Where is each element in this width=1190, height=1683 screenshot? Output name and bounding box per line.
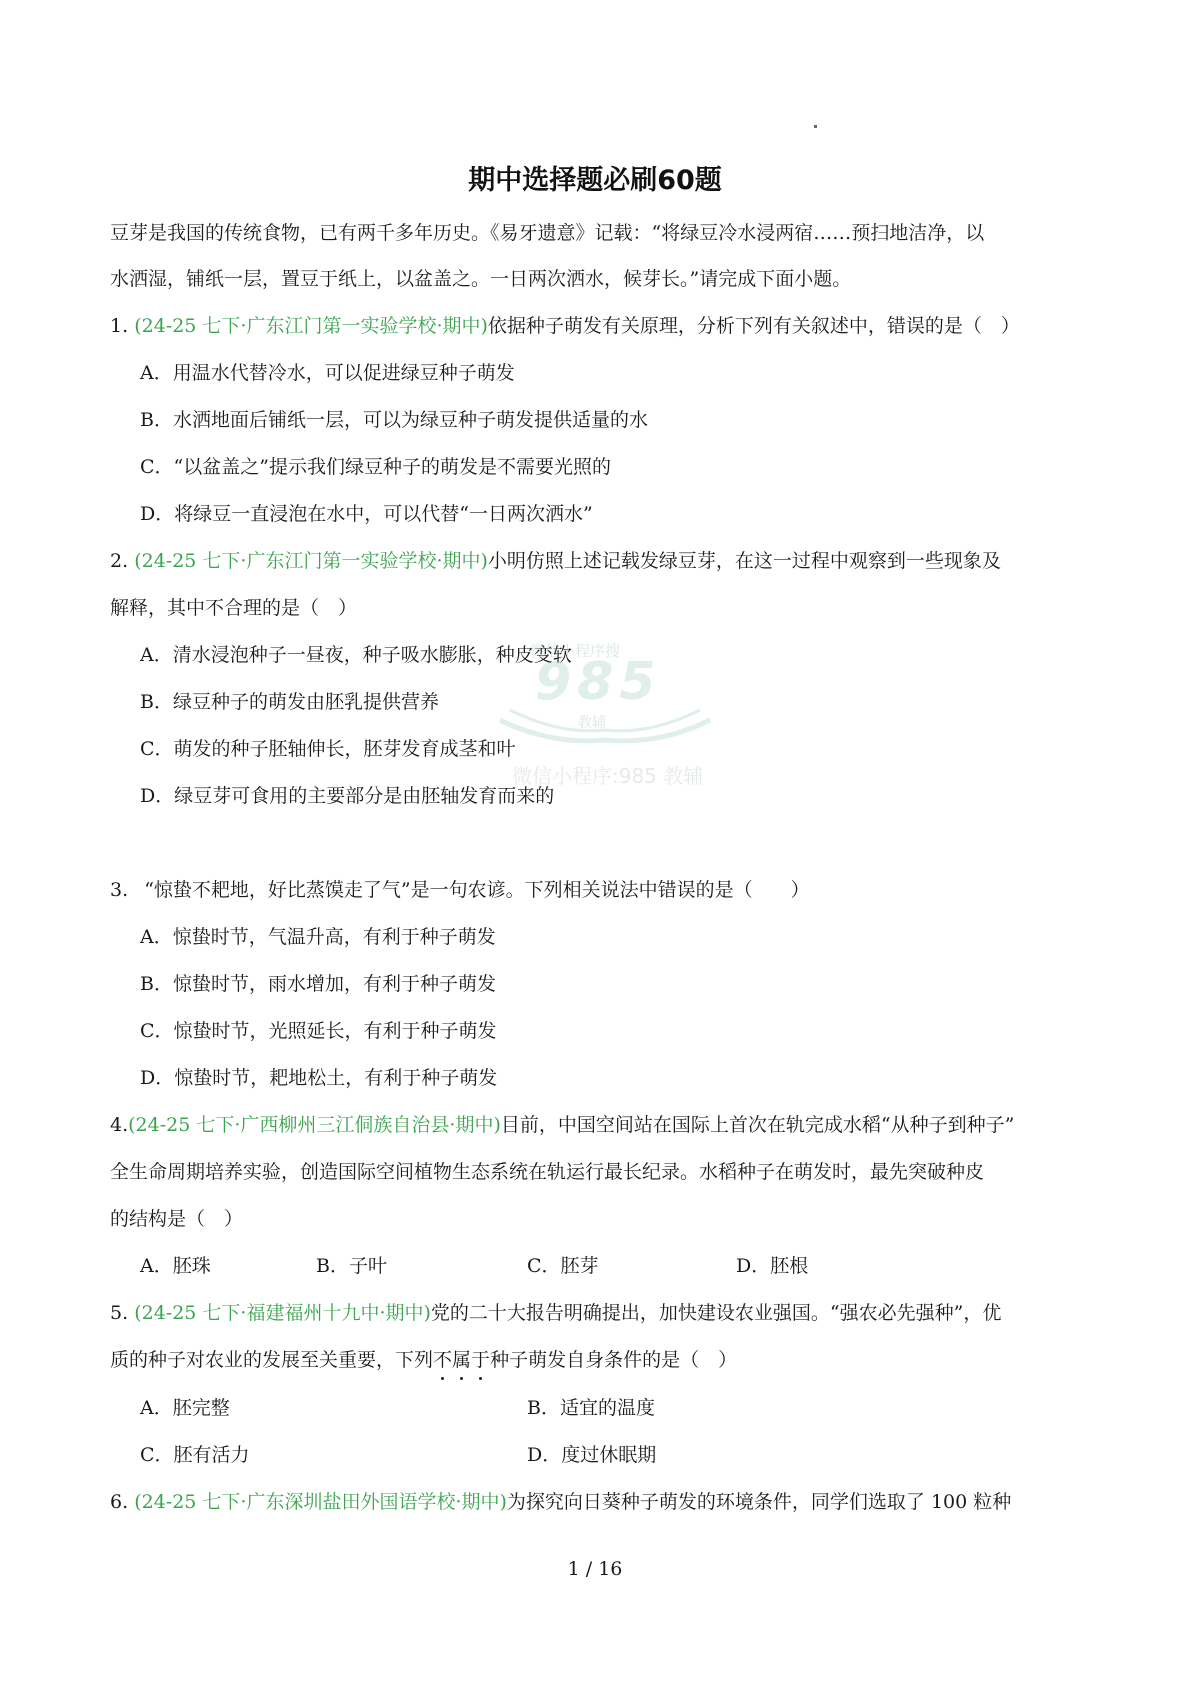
question-source: (24-25 七下·广东江门第一实验学校·期中) — [134, 550, 488, 572]
question-4: 4.(24-25 七下·广西柳州三江侗族自治县·期中)目前，中国空间站在国际上首… — [110, 1113, 1090, 1137]
q2-option-a: A．清水浸泡种子一昼夜，种子吸水膨胀，种皮变软 — [140, 643, 572, 667]
page-number: 1 / 16 — [0, 1558, 1190, 1580]
stem-text: 种子萌发自身条件的是（ ） — [490, 1349, 737, 1371]
q1-option-c: C．“以盆盖之”提示我们绿豆种子的萌发是不需要光照的 — [140, 455, 611, 479]
question-stem: 依据种子萌发有关原理，分析下列有关叙述中，错误的是（ ） — [488, 315, 1020, 337]
question-1: 1. (24-25 七下·广东江门第一实验学校·期中)依据种子萌发有关原理，分析… — [110, 314, 1090, 338]
q4-option-a: A．胚珠 — [140, 1254, 211, 1278]
page-title: 期中选择题必刷60题 — [0, 158, 1190, 197]
question-number: 6. — [110, 1491, 128, 1513]
stem-text: 质的种子对农业的发展至关重要，下列 — [110, 1349, 433, 1371]
q3-option-d: D．惊蛰时节，耙地松土，有利于种子萌发 — [140, 1066, 497, 1090]
intro-line-2: 水洒湿，铺纸一层，置豆于纸上，以盆盖之。一日两次洒水，候芽长。”请完成下面小题。 — [110, 267, 1090, 291]
q5-option-c: C．胚有活力 — [140, 1443, 250, 1467]
watermark-sub: 教辅 — [578, 712, 606, 732]
question-source: (24-25 七下·福建福州十九中·期中) — [134, 1302, 431, 1324]
q2-option-c: C．萌发的种子胚轴伸长，胚芽发育成茎和叶 — [140, 737, 516, 761]
question-stem: 为探究向日葵种子萌发的环境条件，同学们选取了 100 粒种 — [507, 1491, 1011, 1513]
emphasis-char: 于 — [471, 1348, 490, 1372]
question-number: 3. — [110, 879, 128, 901]
question-source: (24-25 七下·广东深圳盐田外国语学校·期中) — [134, 1491, 507, 1513]
q4-option-c: C．胚芽 — [527, 1254, 599, 1278]
question-4-stem-line-3: 的结构是（ ） — [110, 1207, 1090, 1231]
question-stem: “惊蛰不耙地，好比蒸馍走了气”是一句农谚。下列相关说法中错误的是（ ） — [144, 879, 809, 901]
question-4-stem-line-2: 全生命周期培养实验，创造国际空间植物生态系统在轨运行最长纪录。水稻种子在萌发时，… — [110, 1160, 1090, 1184]
question-stem: 小明仿照上述记载发绿豆芽，在这一过程中观察到一些现象及 — [488, 550, 1001, 572]
intro-line-1: 豆芽是我国的传统食物，已有两千多年历史。《易牙遗意》记载：“将绿豆冷水浸两宿……… — [110, 221, 1090, 245]
question-5-stem-line-2: 质的种子对农业的发展至关重要，下列不属于种子萌发自身条件的是（ ） — [110, 1348, 1090, 1372]
q2-option-d: D．绿豆芽可食用的主要部分是由胚轴发育而来的 — [140, 784, 554, 808]
q3-option-c: C．惊蛰时节，光照延长，有利于种子萌发 — [140, 1019, 497, 1043]
q5-option-b: B．适宜的温度 — [527, 1396, 655, 1420]
question-stem: 党的二十大报告明确提出，加快建设农业强国。“强农必先强种”，优 — [431, 1302, 1001, 1324]
q4-option-d: D．胚根 — [736, 1254, 808, 1278]
question-3: 3. “惊蛰不耙地，好比蒸馍走了气”是一句农谚。下列相关说法中错误的是（ ） — [110, 878, 1090, 902]
book-icon — [490, 700, 720, 750]
question-number: 4. — [110, 1114, 128, 1136]
document-page: 期中选择题必刷60题 豆芽是我国的传统食物，已有两千多年历史。《易牙遗意》记载：… — [0, 0, 1190, 1683]
stray-dot — [814, 125, 817, 128]
question-source: (24-25 七下·广东江门第一实验学校·期中) — [134, 315, 488, 337]
question-5: 5. (24-25 七下·福建福州十九中·期中)党的二十大报告明确提出，加快建设… — [110, 1301, 1090, 1325]
q5-option-a: A．胚完整 — [140, 1396, 230, 1420]
q4-option-b: B．子叶 — [316, 1254, 387, 1278]
q1-option-a: A．用温水代替冷水，可以促进绿豆种子萌发 — [140, 361, 515, 385]
q1-option-b: B．水洒地面后铺纸一层，可以为绿豆种子萌发提供适量的水 — [140, 408, 648, 432]
question-number: 5. — [110, 1302, 128, 1324]
emphasis-char: 不 — [433, 1348, 452, 1372]
question-source: (24-25 七下·广西柳州三江侗族自治县·期中) — [128, 1114, 501, 1136]
question-stem: 目前，中国空间站在国际上首次在轨完成水稻“从种子到种子” — [501, 1114, 1014, 1136]
question-2: 2. (24-25 七下·广东江门第一实验学校·期中)小明仿照上述记载发绿豆芽，… — [110, 549, 1090, 573]
question-number: 2. — [110, 550, 128, 572]
q3-option-b: B．惊蛰时节，雨水增加，有利于种子萌发 — [140, 972, 496, 996]
q3-option-a: A．惊蛰时节，气温升高，有利于种子萌发 — [140, 925, 496, 949]
question-2-stem-line-2: 解释，其中不合理的是（ ） — [110, 596, 1090, 620]
q1-option-d: D．将绿豆一直浸泡在水中，可以代替“一日两次洒水” — [140, 502, 593, 526]
emphasis-char: 属 — [452, 1348, 471, 1372]
question-number: 1. — [110, 315, 128, 337]
q5-option-d: D．度过休眠期 — [527, 1443, 656, 1467]
question-6: 6. (24-25 七下·广东深圳盐田外国语学校·期中)为探究向日葵种子萌发的环… — [110, 1490, 1090, 1514]
q2-option-b: B．绿豆种子的萌发由胚乳提供营养 — [140, 690, 439, 714]
